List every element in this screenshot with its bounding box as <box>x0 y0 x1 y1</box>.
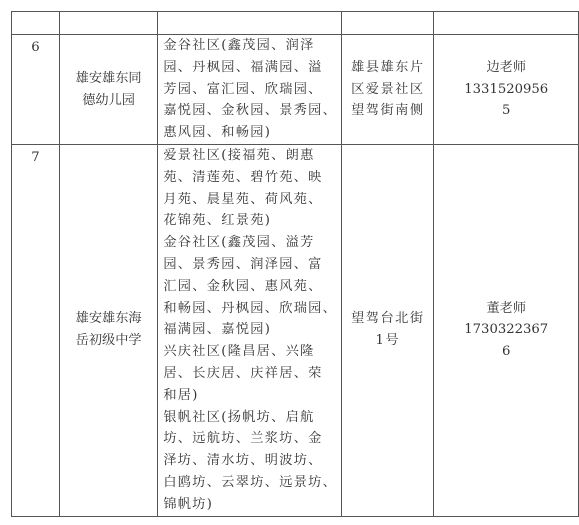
header-cell-address <box>342 12 434 35</box>
contact-phone: 1331520956 <box>438 79 574 101</box>
area-line: 坊、远航坊、兰浆坊、金 <box>163 428 337 450</box>
school-name: 雄安雄东同 德幼儿园 <box>59 35 157 145</box>
address-line: 区爱景社区 <box>346 79 429 101</box>
school-name-line: 雄安雄东海 <box>64 308 153 330</box>
area-line: 福满园、嘉悦园) <box>163 319 337 341</box>
address-line: 1号 <box>346 330 429 352</box>
header-cell-index <box>12 12 60 35</box>
area-line: 和畅园、丹枫园、欣瑞园、 <box>163 298 337 320</box>
address-line: 望驾街南侧 <box>346 100 429 122</box>
school-district-table: 6 雄安雄东同 德幼儿园 金谷社区(鑫茂园、润泽 园、丹枫园、福满园、溢 芳园、… <box>11 11 579 517</box>
school-address: 望驾台北街 1号 <box>342 145 434 517</box>
row-index: 7 <box>12 145 60 517</box>
school-name-line: 雄安雄东同 <box>64 68 153 90</box>
contact-phone-cont: 6 <box>438 341 574 363</box>
header-cell-school <box>59 12 157 35</box>
area-line: 居、长庆居、庆祥居、荣 <box>163 363 337 385</box>
area-line: 泽坊、清水坊、明波坊、 <box>163 450 337 472</box>
area-line: 月苑、晨星苑、荷风苑、 <box>163 189 337 211</box>
school-address: 雄县雄东片 区爱景社区 望驾街南侧 <box>342 35 434 145</box>
table-row: 7 雄安雄东海 岳初级中学 爱景社区(接福苑、朗惠 苑、清莲苑、碧竹苑、映 月苑… <box>12 145 579 517</box>
area-line: 园、景秀园、润泽园、富 <box>163 254 337 276</box>
area-line: 惠风园、和畅园) <box>163 122 337 144</box>
contact-phone-cont: 5 <box>438 100 574 122</box>
area-line: 园、丹枫园、福满园、溢 <box>163 57 337 79</box>
area-line: 爱景社区(接福苑、朗惠 <box>163 145 337 167</box>
area-line: 金谷社区(鑫茂园、溢芳 <box>163 232 337 254</box>
contact-phone: 1730322367 <box>438 319 574 341</box>
contact-name: 边老师 <box>438 57 574 79</box>
area-line: 和居) <box>163 385 337 407</box>
address-line: 雄县雄东片 <box>346 57 429 79</box>
area-line: 银帆社区(扬帆坊、启航 <box>163 407 337 429</box>
area-line: 苑、清莲苑、碧竹苑、映 <box>163 167 337 189</box>
enrollment-area: 金谷社区(鑫茂园、润泽 园、丹枫园、福满园、溢 芳园、富汇园、欣瑞园、 嘉悦园、… <box>158 35 342 145</box>
school-name-line: 岳初级中学 <box>64 330 153 352</box>
contact-name: 董老师 <box>438 298 574 320</box>
table-header-row <box>12 12 579 35</box>
area-line: 锦帆坊) <box>163 494 337 516</box>
enrollment-area: 爱景社区(接福苑、朗惠 苑、清莲苑、碧竹苑、映 月苑、晨星苑、荷风苑、 花锦苑、… <box>158 145 342 517</box>
header-cell-area <box>158 12 342 35</box>
area-line: 白鸥坊、云翠坊、远景坊、 <box>163 472 337 494</box>
area-line: 汇园、金秋园、惠风苑、 <box>163 276 337 298</box>
area-line: 兴庆社区(隆昌居、兴隆 <box>163 341 337 363</box>
row-index: 6 <box>12 35 60 145</box>
address-line: 望驾台北街 <box>346 308 429 330</box>
school-name-line: 德幼儿园 <box>64 90 153 112</box>
school-name: 雄安雄东海 岳初级中学 <box>59 145 157 517</box>
contact-info: 边老师 1331520956 5 <box>434 35 579 145</box>
area-line: 花锦苑、红景苑) <box>163 210 337 232</box>
area-line: 嘉悦园、金秋园、景秀园、 <box>163 100 337 122</box>
header-cell-contact <box>434 12 579 35</box>
contact-info: 董老师 1730322367 6 <box>434 145 579 517</box>
table-row: 6 雄安雄东同 德幼儿园 金谷社区(鑫茂园、润泽 园、丹枫园、福满园、溢 芳园、… <box>12 35 579 145</box>
area-line: 芳园、富汇园、欣瑞园、 <box>163 79 337 101</box>
area-line: 金谷社区(鑫茂园、润泽 <box>163 35 337 57</box>
